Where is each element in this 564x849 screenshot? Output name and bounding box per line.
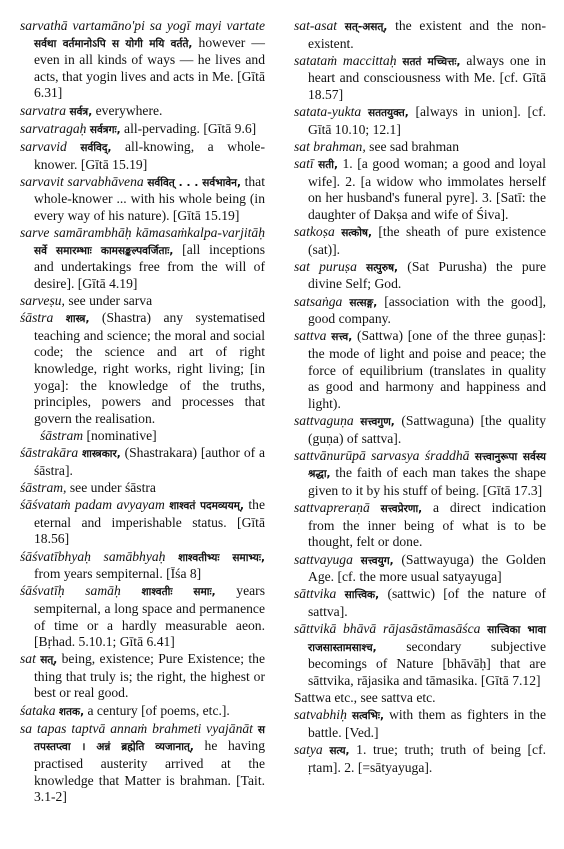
glossary-entry: sarvatragaḥ सर्वत्रगः, all-pervading. [G… [20, 121, 265, 139]
entry-devanagari: सत्, [40, 654, 57, 666]
entry-devanagari: शास्त्र, [66, 313, 90, 325]
entry-devanagari: सत्त्वगुण, [360, 416, 394, 428]
entry-devanagari: सततं मच्चित्तः, [402, 56, 460, 68]
entry-definition: from years sempiternal. [Īśa 8] [34, 566, 201, 581]
entry-headword: satsaṅga [294, 294, 342, 309]
glossary-entry: śāstrakāra शास्त्रकार, (Shastrakara) [au… [20, 445, 265, 479]
entry-headword: sāttvika [294, 586, 336, 601]
entry-devanagari: शाश्वतीः समाः, [141, 586, 215, 598]
glossary-entry: satkoṣa सत्कोष, [the sheath of pure exis… [294, 224, 546, 258]
entry-headword: satataṁ maccittaḥ [294, 53, 397, 68]
entry-devanagari: सात्त्विक, [345, 589, 379, 601]
entry-headword: sarvathā vartamāno'pi sa yogī mayi varta… [20, 18, 265, 33]
entry-devanagari: सत्त्वयुग, [361, 555, 394, 567]
glossary-entry: satī सती, 1. [a good woman; a good and l… [294, 156, 546, 223]
entry-devanagari: शतक, [59, 706, 84, 718]
entry-definition: see sad brahman [369, 139, 459, 154]
entry-definition: everywhere. [96, 103, 163, 118]
entry-headword: sattvayuga [294, 552, 353, 567]
entry-devanagari: सर्वविद्, [80, 142, 111, 154]
entry-headword: sat [20, 651, 36, 666]
entry-headword: śāstra [20, 310, 53, 325]
glossary-entry: śāśvataṁ padam avyayam शाश्वतं पदमव्ययम्… [20, 497, 265, 548]
entry-headword: sattvapreraṇā [294, 500, 370, 515]
entry-headword: sattvānurūpā sarvasya śraddhā [294, 448, 469, 463]
glossary-entry: śāstra शास्त्र, (Shastra) any systematis… [20, 310, 265, 427]
glossary-entry: sarveṣu, see under sarva [20, 293, 265, 310]
entry-headword: sarvatragaḥ [20, 121, 86, 136]
entry-headword: satī [294, 156, 314, 171]
entry-definition: all-pervading. [Gītā 9.6] [124, 121, 256, 136]
glossary-entry: sarvavid सर्वविद्, all-knowing, a whole-… [20, 139, 265, 173]
glossary-entry: sa tapas taptvā annaṁ brahmeti vyajānāt … [20, 721, 265, 806]
glossary-entry: śataka शतक, a century [of poems, etc.]. [20, 703, 265, 721]
entry-definition: [association with the good], good compan… [308, 294, 546, 327]
glossary-entry: śāstram, see under śāstra [20, 480, 265, 497]
glossary-left-column: sarvathā vartamāno'pi sa yogī mayi varta… [20, 18, 265, 806]
entry-headword: satkoṣa [294, 224, 335, 239]
entry-headword: sat puruṣa [294, 259, 357, 274]
entry-headword: sat-asat [294, 18, 337, 33]
glossary-entry: sarvatra सर्वत्र, everywhere. [20, 103, 265, 121]
entry-headword: śataka [20, 703, 56, 718]
entry-headword: sāttvikā bhāvā rājasāstāmasāśca [294, 621, 480, 636]
entry-devanagari: सत्-असत्, [345, 21, 388, 33]
entry-definition: being, existence; Pure Existence; the th… [34, 651, 265, 700]
entry-headword: sarvavit sarvabhāvena [20, 174, 144, 189]
entry-headword: śāśvatībhyaḥ samābhyaḥ [20, 549, 165, 564]
entry-headword: śāstrakāra [20, 445, 78, 460]
glossary-right-column: sat-asat सत्-असत्, the existent and the … [294, 18, 546, 777]
entry-headword: śāśvataṁ padam avyayam [20, 497, 165, 512]
glossary-entry: sattvayuga सत्त्वयुग, (Sattwayuga) the G… [294, 552, 546, 586]
entry-devanagari: सत्पुरुष, [366, 262, 398, 274]
entry-devanagari: सत्त्वप्रेरणा, [381, 503, 423, 515]
entry-devanagari: सततयुक्त, [368, 107, 409, 119]
entry-devanagari: सर्वत्रगः, [90, 124, 121, 136]
glossary-entry: sāttvika सात्त्विक, (sattwic) [of the na… [294, 586, 546, 620]
entry-definition: see sattva etc. [360, 690, 435, 705]
glossary-entry: śāstram [nominative] [20, 428, 265, 445]
entry-devanagari: शाश्वतं पदमव्ययम्, [169, 500, 244, 512]
entry-headword: sat brahman, [294, 139, 366, 154]
entry-definition: a century [of poems, etc.]. [88, 703, 230, 718]
entry-devanagari: सर्वत्र, [69, 106, 92, 118]
entry-devanagari: सत्वभिः, [352, 710, 384, 722]
entry-definition: (Shastra) any systematised teaching and … [34, 310, 265, 426]
entry-devanagari: सर्ववित् . . . सर्वभावेन, [147, 177, 241, 189]
glossary-entry: sat puruṣa सत्पुरुष, (Sat Purusha) the p… [294, 259, 546, 293]
entry-definition: see under sarva [68, 293, 152, 308]
glossary-entry: Sattwa etc., see sattva etc. [294, 690, 546, 707]
entry-devanagari: सर्वे समारम्भाः कामसङ्कल्पवर्जिताः, [34, 245, 173, 257]
glossary-entry: sat-asat सत्-असत्, the existent and the … [294, 18, 546, 52]
entry-definition: the faith of each man takes the shape gi… [308, 465, 546, 498]
entry-definition: [nominative] [86, 428, 156, 443]
entry-headword: śāstram [40, 428, 83, 443]
glossary-entry: sattvānurūpā sarvasya śraddhā सत्त्वानुर… [294, 448, 546, 500]
glossary-entry: śāśvatībhyaḥ samābhyaḥ शाश्वतीभ्यः समाभ्… [20, 549, 265, 583]
entry-headword: sarvavid [20, 139, 67, 154]
entry-headword: śāstram, [20, 480, 66, 495]
entry-devanagari: शाश्वतीभ्यः समाभ्यः, [178, 552, 265, 564]
entry-headword: sattva [294, 328, 326, 343]
glossary-entry: sattvaguṇa सत्त्वगुण, (Sattwaguna) [the … [294, 413, 546, 447]
entry-headword: satya [294, 742, 323, 757]
entry-headword: sarve samārambhāḥ kāmasaṁkalpa-varjitāḥ [20, 225, 265, 240]
glossary-entry: sattvapreraṇā सत्त्वप्रेरणा, a direct in… [294, 500, 546, 551]
glossary-entry: sat brahman, see sad brahman [294, 139, 546, 156]
entry-devanagari: सती, [318, 159, 338, 171]
entry-headword: sarvatra [20, 103, 66, 118]
entry-definition: all-knowing, a whole-knower. [Gītā 15.19… [34, 139, 265, 172]
glossary-entry: satya सत्य, 1. true; truth; truth of bei… [294, 742, 546, 776]
entry-devanagari: सत्कोष, [341, 227, 372, 239]
entry-definition: see under śāstra [70, 480, 156, 495]
entry-devanagari: सत्य, [329, 745, 349, 757]
entry-devanagari: सत्त्व, [331, 331, 352, 343]
entry-devanagari: सर्वथा वर्तमानोऽपि स योगी मयि वर्तते, [34, 38, 192, 50]
glossary-entry: sarve samārambhāḥ kāmasaṁkalpa-varjitāḥ … [20, 225, 265, 292]
glossary-entry: sat सत्, being, existence; Pure Existenc… [20, 651, 265, 702]
glossary-entry: satata-yukta सततयुक्त, [always in union]… [294, 104, 546, 138]
glossary-entry: sattva सत्त्व, (Sattwa) [one of the thre… [294, 328, 546, 412]
entry-headword: sa tapas taptvā annaṁ brahmeti vyajānāt [20, 721, 253, 736]
entry-headword: satvabhiḥ [294, 707, 347, 722]
entry-headword: śāśvatīḥ samāḥ [20, 583, 121, 598]
glossary-entry: satataṁ maccittaḥ सततं मच्चित्तः, always… [294, 53, 546, 104]
entry-devanagari: शास्त्रकार, [82, 448, 121, 460]
entry-devanagari: सत्सङ्ग, [349, 297, 377, 309]
entry-headword: satata-yukta [294, 104, 361, 119]
glossary-entry: satsaṅga सत्सङ्ग, [association with the … [294, 294, 546, 328]
glossary-entry: satvabhiḥ सत्वभिः, with them as fighters… [294, 707, 546, 741]
glossary-entry: sarvathā vartamāno'pi sa yogī mayi varta… [20, 18, 265, 102]
glossary-entry: śāśvatīḥ samāḥ शाश्वतीः समाः, years semp… [20, 583, 265, 650]
entry-headword: Sattwa etc., [294, 690, 357, 705]
entry-headword: sattvaguṇa [294, 413, 354, 428]
entry-headword: sarveṣu, [20, 293, 65, 308]
glossary-entry: sarvavit sarvabhāvena सर्ववित् . . . सर्… [20, 174, 265, 225]
entry-definition: the existent and the non-existent. [308, 18, 546, 51]
entry-definition: 1. [a good woman; a good and loyal wife]… [308, 156, 546, 222]
glossary-entry: sāttvikā bhāvā rājasāstāmasāśca सात्त्वि… [294, 621, 546, 689]
glossary-page: sarvathā vartamāno'pi sa yogī mayi varta… [0, 0, 564, 849]
